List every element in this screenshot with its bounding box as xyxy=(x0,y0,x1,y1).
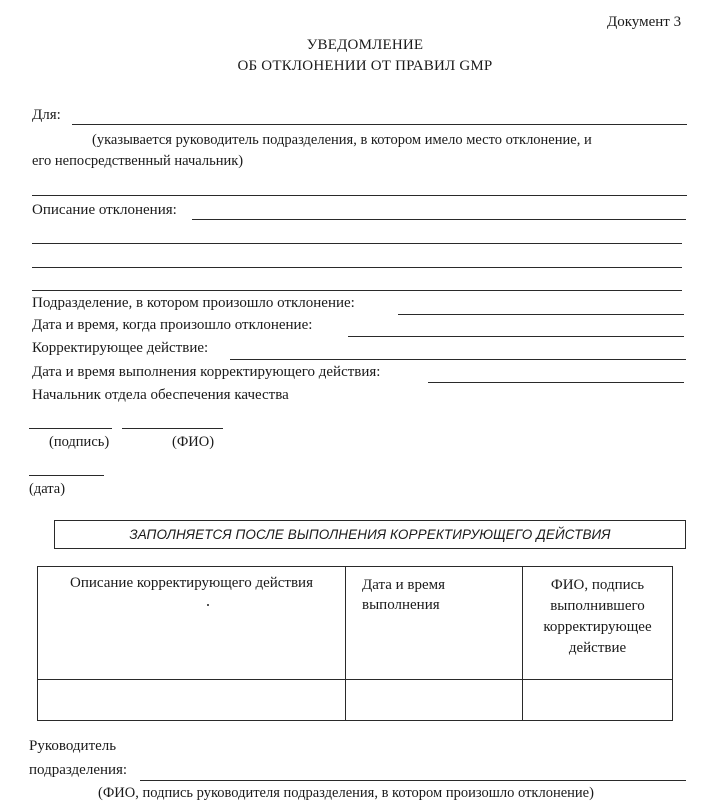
scan-speck xyxy=(207,604,209,606)
qa-head-label: Начальник отдела обеспечения качества xyxy=(32,387,289,404)
document-number: Документ 3 xyxy=(607,14,681,31)
for-hint-line2: его непосредственный начальник) xyxy=(32,153,243,170)
deviation-description-field[interactable] xyxy=(192,219,686,220)
name-hint: (ФИО) xyxy=(172,434,214,451)
department-head-hint: (ФИО, подпись руководителя подразделения… xyxy=(98,785,594,802)
date-hint: (дата) xyxy=(29,481,65,498)
table-row xyxy=(38,680,673,721)
deviation-datetime-label: Дата и время, когда произошло отклонение… xyxy=(32,317,312,334)
signature-field[interactable] xyxy=(29,428,112,429)
department-head-field[interactable] xyxy=(140,780,686,781)
department-head-label-line2: подразделения: xyxy=(29,762,127,779)
for-field-extra-line[interactable] xyxy=(32,195,687,196)
deviation-description-label: Описание отклонения: xyxy=(32,202,177,219)
date-field[interactable] xyxy=(29,475,104,476)
for-label: Для: xyxy=(32,107,61,124)
document-title-line2: ОБ ОТКЛОНЕНИИ ОТ ПРАВИЛ GMP xyxy=(0,58,713,75)
department-field[interactable] xyxy=(398,314,684,315)
cell-corrective-description[interactable] xyxy=(38,680,346,721)
followup-banner: ЗАПОЛНЯЕТСЯ ПОСЛЕ ВЫПОЛНЕНИЯ КОРРЕКТИРУЮ… xyxy=(54,520,686,549)
department-head-label-line1: Руководитель xyxy=(29,738,116,755)
signature-hint: (подпись) xyxy=(49,434,109,451)
table-header-row: Описание корректирующего действия Дата и… xyxy=(38,567,673,680)
deviation-description-line4[interactable] xyxy=(32,290,682,291)
corrective-action-label: Корректирующее действие: xyxy=(32,340,208,357)
for-hint-line1: (указывается руководитель подразделения,… xyxy=(92,132,592,149)
corrective-datetime-field[interactable] xyxy=(428,382,684,383)
department-label: Подразделение, в котором произошло откло… xyxy=(32,295,355,312)
deviation-datetime-field[interactable] xyxy=(348,336,684,337)
header-executor-name-signature: ФИО, подпись выполнившего корректирующее… xyxy=(523,567,673,680)
corrective-datetime-label: Дата и время выполнения корректирующего … xyxy=(32,364,380,381)
corrective-action-table: Описание корректирующего действия Дата и… xyxy=(37,566,673,721)
header-corrective-description: Описание корректирующего действия xyxy=(38,567,346,680)
header-execution-datetime: Дата и время выполнения xyxy=(346,567,523,680)
document-title-line1: УВЕДОМЛЕНИЕ xyxy=(0,37,713,54)
deviation-description-line2[interactable] xyxy=(32,243,682,244)
deviation-description-line3[interactable] xyxy=(32,267,682,268)
for-field[interactable] xyxy=(72,124,687,125)
corrective-action-field[interactable] xyxy=(230,359,686,360)
name-field[interactable] xyxy=(122,428,223,429)
cell-execution-datetime[interactable] xyxy=(346,680,523,721)
cell-executor-name-signature[interactable] xyxy=(523,680,673,721)
